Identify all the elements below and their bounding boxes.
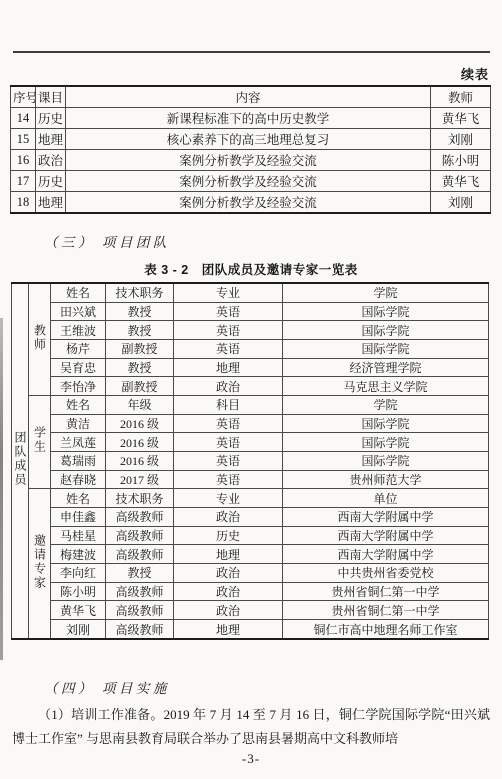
- cell-major: 英语: [174, 414, 283, 433]
- table-row: 黄华飞 高级教师 政治 贵州省铜仁第一中学: [12, 601, 489, 620]
- col-header: 姓名: [51, 396, 106, 415]
- section-heading-implementation: （四） 项目实施: [44, 677, 170, 697]
- cell-title: 高级教师: [106, 601, 174, 620]
- cell-name: 王维波: [51, 321, 106, 340]
- cell-title: 教授: [106, 302, 174, 321]
- cell-subject: 政治: [36, 150, 66, 171]
- team-label-text: 团队成员: [14, 431, 26, 487]
- cell-name: 黄洁: [51, 414, 106, 433]
- cell-teacher: 黄华飞: [431, 171, 491, 192]
- document-page: 续表 序号 课目 内容 教师 14 历史 新课程标准下的高中历史教学 黄华飞 1…: [0, 0, 502, 779]
- cell-major: 地理: [174, 545, 283, 564]
- cell-title: 教授: [106, 321, 174, 340]
- cell-org: 铜仁市高中地理名师工作室: [283, 620, 489, 639]
- cell-team-label: 团队成员: [12, 283, 29, 639]
- cell-name: 兰凤莲: [51, 433, 106, 452]
- course-table: 序号 课目 内容 教师 14 历史 新课程标准下的高中历史教学 黄华飞 15 地…: [10, 85, 491, 214]
- col-header: 专业: [174, 283, 283, 302]
- cell-grade: 2016 级: [106, 414, 174, 433]
- table-row: 17 历史 案例分析教学及经验交流 黄华飞: [11, 171, 491, 192]
- cell-major: 英语: [174, 321, 283, 340]
- cell-subject: 历史: [36, 108, 66, 129]
- col-header-teacher: 教师: [431, 86, 491, 108]
- col-header-subject: 课目: [36, 86, 66, 108]
- cell-major: 政治: [174, 601, 283, 620]
- cell-grade: 2017 级: [106, 470, 174, 489]
- cell-subject: 地理: [36, 129, 66, 150]
- cell-org: 贵州师范大学: [283, 470, 489, 489]
- cell-major: 政治: [174, 564, 283, 583]
- table-row: 杨芹 副教授 英语 国际学院: [12, 340, 489, 359]
- cell-title: 副教授: [106, 377, 174, 396]
- cell-org: 国际学院: [283, 452, 489, 471]
- table-row: 梅建波 高级教师 地理 西南大学附属中学: [12, 545, 489, 564]
- cell-title: 教授: [106, 564, 174, 583]
- cell-name: 葛瑞雨: [51, 452, 106, 471]
- table-row: 18 地理 案例分析教学及经验交流 刘刚: [11, 192, 491, 214]
- section-heading-team: （三） 项目团队: [44, 231, 170, 251]
- cell-subject: 历史: [36, 171, 66, 192]
- cell-teacher: 刘刚: [431, 129, 491, 150]
- cell-org: 贵州省铜仁第一中学: [283, 582, 489, 601]
- cell-org: 贵州省铜仁第一中学: [283, 601, 489, 620]
- cell-org: 国际学院: [283, 433, 489, 452]
- cell-org: 西南大学附属中学: [283, 526, 489, 545]
- cell-org: 国际学院: [283, 321, 489, 340]
- cell-title: 高级教师: [106, 620, 174, 639]
- header-rule: [13, 51, 490, 53]
- cell-name: 陈小明: [51, 582, 106, 601]
- table-row: 黄洁 2016 级 英语 国际学院: [12, 414, 489, 433]
- scan-artifact: [0, 318, 3, 660]
- table-row: 刘刚 高级教师 地理 铜仁市高中地理名师工作室: [12, 620, 489, 639]
- cell-org: 国际学院: [283, 414, 489, 433]
- table-row: 16 政治 案例分析教学及经验交流 陈小明: [11, 150, 491, 171]
- table-row: 马桂星 高级教师 历史 西南大学附属中学: [12, 526, 489, 545]
- cell-seq: 16: [11, 150, 36, 171]
- cell-content: 新课程标准下的高中历史教学: [66, 108, 431, 129]
- col-header: 单位: [283, 489, 489, 508]
- cell-seq: 15: [11, 129, 36, 150]
- cell-group-teachers: 教师: [29, 283, 51, 396]
- body-paragraph: （1）培训工作准备。2019 年 7 月 14 至 7 月 16 日，铜仁学院国…: [12, 703, 490, 751]
- col-header: 技术职务: [106, 489, 174, 508]
- cell-teacher: 黄华飞: [431, 108, 491, 129]
- cell-title: 高级教师: [106, 508, 174, 527]
- table-caption: 表 3 - 2 团队成员及邀请专家一览表: [0, 260, 502, 278]
- cell-title: 教授: [106, 358, 174, 377]
- cell-title: 高级教师: [106, 545, 174, 564]
- cell-content: 核心素养下的高三地理总复习: [66, 129, 431, 150]
- col-header: 学院: [283, 283, 489, 302]
- cell-major: 英语: [174, 433, 283, 452]
- cell-org: 西南大学附属中学: [283, 545, 489, 564]
- cell-content: 案例分析教学及经验交流: [66, 150, 431, 171]
- cell-major: 英语: [174, 470, 283, 489]
- cell-title: 副教授: [106, 340, 174, 359]
- cell-title: 高级教师: [106, 526, 174, 545]
- table-row: 李向红 教授 政治 中共贵州省委党校: [12, 564, 489, 583]
- cell-content: 案例分析教学及经验交流: [66, 192, 431, 214]
- group-header-row: 邀请专家 姓名 技术职务 专业 单位: [12, 489, 489, 508]
- cell-name: 刘刚: [51, 620, 106, 639]
- table-row: 葛瑞雨 2016 级 英语 国际学院: [12, 452, 489, 471]
- cell-major: 地理: [174, 620, 283, 639]
- col-header-seq: 序号: [11, 86, 36, 108]
- table-row: 田兴斌 教授 英语 国际学院: [12, 302, 489, 321]
- col-header: 技术职务: [106, 283, 174, 302]
- cell-major: 地理: [174, 358, 283, 377]
- table-row: 吴育忠 教授 地理 经济管理学院: [12, 358, 489, 377]
- continued-table-label: 续表: [461, 64, 489, 83]
- cell-name: 申佳鑫: [51, 508, 106, 527]
- cell-name: 田兴斌: [51, 302, 106, 321]
- group-header-row: 学生 姓名 年级 科目 学院: [12, 396, 489, 415]
- cell-major: 历史: [174, 526, 283, 545]
- cell-name: 李怡净: [51, 377, 106, 396]
- cell-major: 政治: [174, 582, 283, 601]
- cell-org: 国际学院: [283, 302, 489, 321]
- cell-name: 梅建波: [51, 545, 106, 564]
- col-header: 年级: [106, 396, 174, 415]
- cell-title: 高级教师: [106, 582, 174, 601]
- table-row: 兰凤莲 2016 级 英语 国际学院: [12, 433, 489, 452]
- table-row: 王维波 教授 英语 国际学院: [12, 321, 489, 340]
- cell-name: 李向红: [51, 564, 106, 583]
- group-label-text: 学生: [34, 426, 46, 454]
- cell-group-students: 学生: [29, 396, 51, 489]
- col-header: 学院: [283, 396, 489, 415]
- table-row: 赵春晓 2017 级 英语 贵州师范大学: [12, 470, 489, 489]
- table-row: 李怡净 副教授 政治 马克思主义学院: [12, 377, 489, 396]
- cell-seq: 17: [11, 171, 36, 192]
- cell-major: 英语: [174, 452, 283, 471]
- cell-name: 吴育忠: [51, 358, 106, 377]
- cell-org: 国际学院: [283, 340, 489, 359]
- col-header: 姓名: [51, 489, 106, 508]
- cell-seq: 14: [11, 108, 36, 129]
- cell-name: 赵春晓: [51, 470, 106, 489]
- cell-name: 黄华飞: [51, 601, 106, 620]
- cell-major: 英语: [174, 302, 283, 321]
- team-table: 团队成员 教师 姓名 技术职务 专业 学院 田兴斌 教授 英语 国际学院 王维波…: [11, 282, 489, 640]
- cell-seq: 18: [11, 192, 36, 214]
- cell-org: 西南大学附属中学: [283, 508, 489, 527]
- cell-name: 马桂星: [51, 526, 106, 545]
- cell-org: 经济管理学院: [283, 358, 489, 377]
- page-number: -3-: [0, 751, 502, 767]
- table-row: 陈小明 高级教师 政治 贵州省铜仁第一中学: [12, 582, 489, 601]
- cell-teacher: 刘刚: [431, 192, 491, 214]
- col-header: 姓名: [51, 283, 106, 302]
- table-row: 15 地理 核心素养下的高三地理总复习 刘刚: [11, 129, 491, 150]
- group-label-text: 邀请专家: [34, 534, 46, 590]
- cell-group-experts: 邀请专家: [29, 489, 51, 639]
- group-header-row: 团队成员 教师 姓名 技术职务 专业 学院: [12, 283, 489, 302]
- cell-content: 案例分析教学及经验交流: [66, 171, 431, 192]
- cell-grade: 2016 级: [106, 452, 174, 471]
- col-header: 科目: [174, 396, 283, 415]
- cell-major: 英语: [174, 340, 283, 359]
- cell-subject: 地理: [36, 192, 66, 214]
- cell-major: 政治: [174, 508, 283, 527]
- cell-major: 政治: [174, 377, 283, 396]
- col-header-content: 内容: [66, 86, 431, 108]
- group-label-text: 教师: [34, 324, 46, 352]
- table-row: 14 历史 新课程标准下的高中历史教学 黄华飞: [11, 108, 491, 129]
- table-row: 申佳鑫 高级教师 政治 西南大学附属中学: [12, 508, 489, 527]
- cell-grade: 2016 级: [106, 433, 174, 452]
- cell-name: 杨芹: [51, 340, 106, 359]
- cell-org: 马克思主义学院: [283, 377, 489, 396]
- cell-teacher: 陈小明: [431, 150, 491, 171]
- cell-org: 中共贵州省委党校: [283, 564, 489, 583]
- course-table-header-row: 序号 课目 内容 教师: [11, 86, 491, 108]
- col-header: 专业: [174, 489, 283, 508]
